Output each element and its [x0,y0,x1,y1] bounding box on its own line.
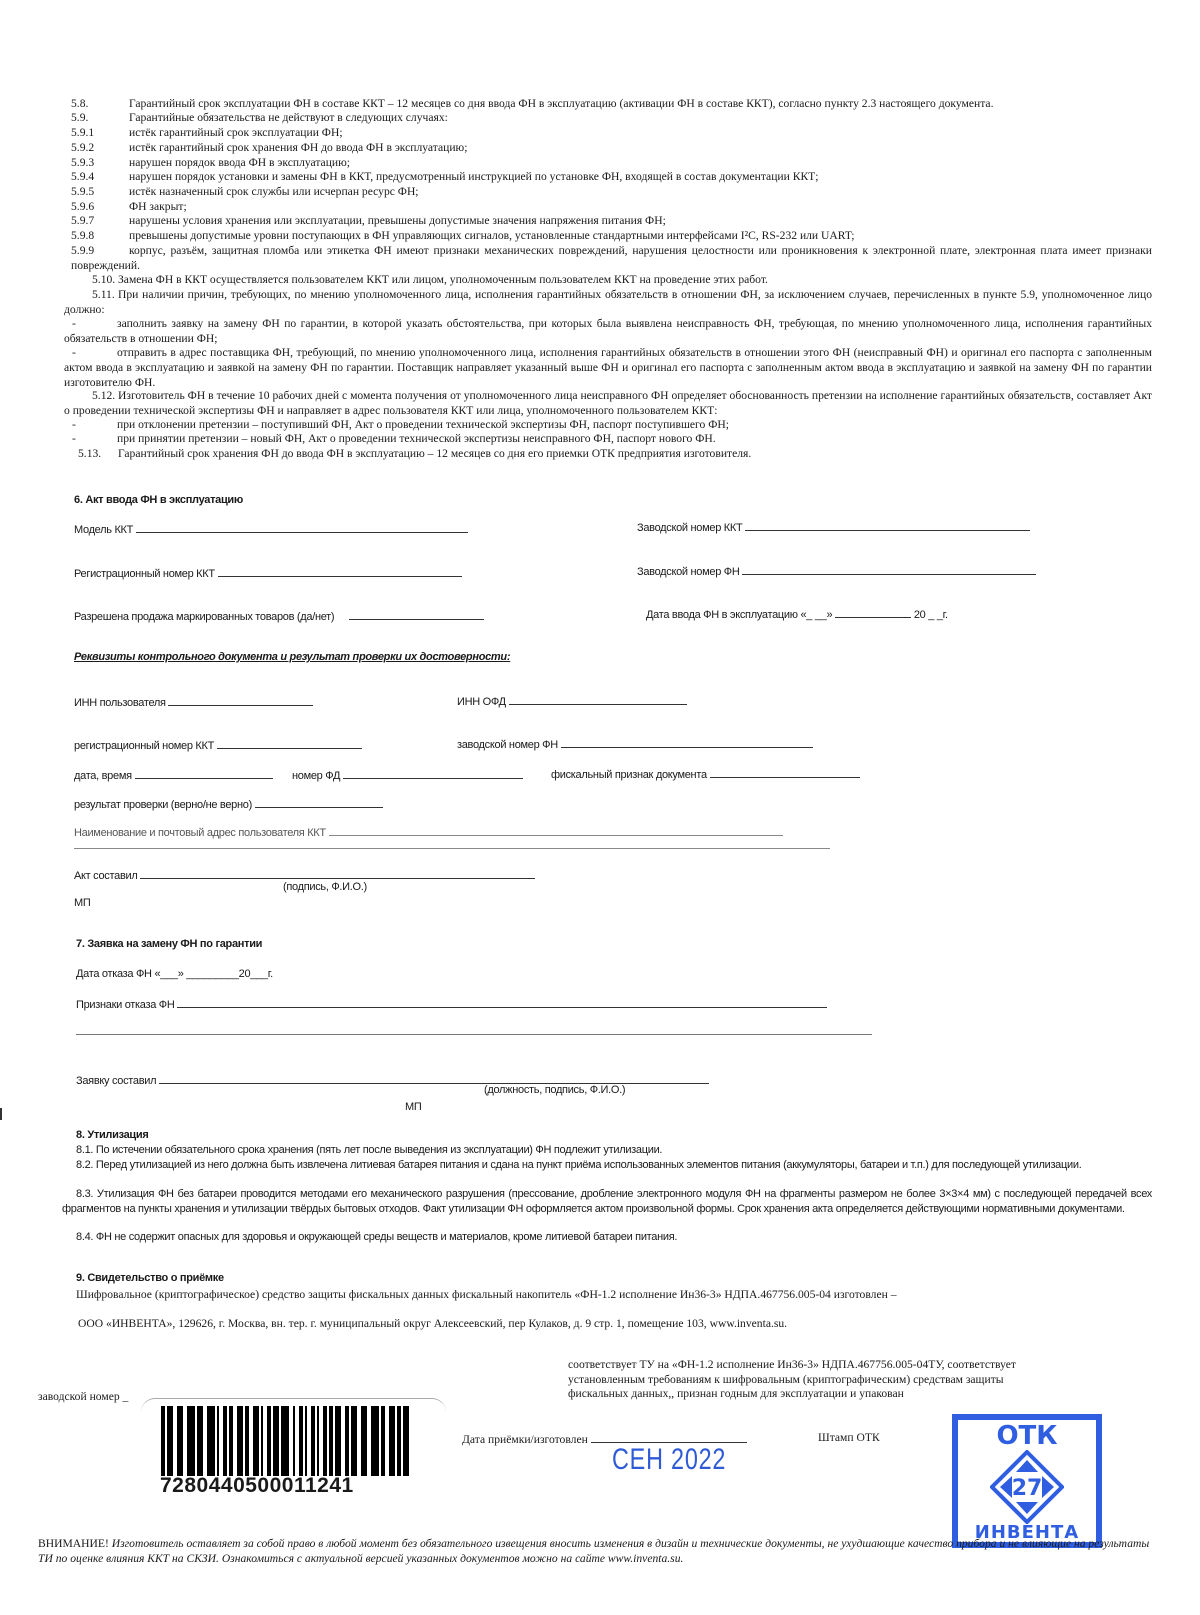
disposal-8-4: 8.4. ФН не содержит опасных для здоровья… [62,1230,1152,1245]
factory-fn-field[interactable]: Заводской номер ФН [637,563,1036,578]
name-address-input[interactable] [329,824,783,836]
clause-5-11-bullet-1: -заполнить заявку на замену ФН по гарант… [64,316,1152,346]
act-by-field[interactable]: Акт составил [74,867,535,882]
commission-date-month-input[interactable] [835,606,911,618]
factory-fn-check-input[interactable] [561,736,813,748]
serial-number-label: заводской номер _ [38,1389,128,1404]
check-result-input[interactable] [255,796,383,808]
marked-goods-input[interactable] [349,608,484,620]
section-9-title: 9. Свидетельство о приёмке [76,1272,224,1284]
clause-5-9-9: 5.9.9корпус, разъём, защитная пломба или… [71,243,1152,273]
clause-5-9-3: 5.9.3нарушен порядок ввода ФН в эксплуат… [71,155,350,170]
disposal-8-2: 8.2. Перед утилизацией из него должна бы… [62,1158,1152,1173]
factory-fn-check-field[interactable]: заводской номер ФН [457,736,813,751]
requisites-title: Реквизиты контрольного документа и резул… [74,651,510,663]
acceptance-manufacturer-line: ООО «ИНВЕНТА», 129626, г. Москва, вн. те… [78,1316,787,1331]
failure-date-field[interactable]: Дата отказа ФН «___» _________20___г. [76,968,273,980]
warning-text: Изготовитель оставляет за собой право в … [38,1537,1149,1565]
section-8-title: 8. Утилизация [76,1129,148,1141]
act-by-input[interactable] [140,867,535,879]
inn-user-input[interactable] [168,694,313,706]
failure-signs-field[interactable]: Признаки отказа ФН [76,996,827,1011]
model-kkt-input[interactable] [136,521,468,533]
warning-note: ВНИМАНИЕ! Изготовитель оставляет за собо… [38,1536,1158,1566]
clause-5-13: 5.13.Гарантийный срок хранения ФН до вво… [78,446,751,461]
request-signature-hint: (должность, подпись, Ф.И.О.) [484,1084,625,1096]
clause-5-9-2: 5.9.2истёк гарантийный срок хранения ФН … [71,140,467,155]
otk-stamp-top: ОТК [958,1422,1096,1450]
clause-5-9-6: 5.9.6ФН закрыт; [71,199,187,214]
clause-5-12: 5.12.Изготовитель ФН в течение 10 рабочи… [64,388,1152,418]
barcode-sticker [141,1398,446,1477]
marked-goods-field[interactable]: Разрешена продажа маркированных товаров … [74,608,484,623]
conformity-line-1: соответствует ТУ на «ФН-1.2 исполнение И… [568,1357,1016,1372]
clause-5-9: 5.9.Гарантийные обязательства не действу… [71,110,448,125]
disposal-8-3: 8.3. Утилизация ФН без батареи проводитс… [62,1187,1152,1217]
section-6-title: 6. Акт ввода ФН в эксплуатацию [74,494,243,506]
clause-5-11-bullet-2: -отправить в адрес поставщика ФН, требую… [64,345,1152,390]
request-by-input[interactable] [159,1072,709,1084]
clause-5-9-8: 5.9.8превышены допустимые уровни поступа… [71,228,854,243]
conformity-line-3: фискальных данных,, признан годным для э… [568,1386,904,1401]
otk-stamp: ОТК 27 ИНВЕНТА [952,1414,1102,1548]
clause-5-11: 5.11.При наличии причин, требующих, по м… [64,287,1152,317]
act-by-signature-hint: (подпись, Ф.И.О.) [283,881,367,893]
section-7-title: 7. Заявка на замену ФН по гарантии [76,938,262,950]
barcode-icon [161,1406,429,1476]
date-time-field[interactable]: дата, время [74,767,273,782]
page-edge-mark [0,1108,2,1120]
act-stamp-place: МП [74,897,90,909]
clause-5-9-7: 5.9.7нарушены условия хранения или экспл… [71,213,666,228]
name-address-line-2[interactable] [74,848,830,849]
inn-user-field[interactable]: ИНН пользователя [74,694,313,709]
clause-5-12-bullet-2: -при принятии претензии – новый ФН, Акт … [72,431,716,446]
inn-ofd-input[interactable] [509,693,687,705]
reg-kkt-field[interactable]: Регистрационный номер ККТ [74,565,462,580]
factory-fn-input[interactable] [742,563,1036,575]
reg-kkt-check-input[interactable] [217,737,362,749]
model-kkt-field[interactable]: Модель ККТ [74,521,468,536]
acceptance-date-field[interactable]: Дата приёмки/изготовлен [462,1431,747,1447]
factory-kkt-field[interactable]: Заводской номер ККТ [637,519,1030,534]
acceptance-product-line: Шифровальное (криптографическое) средств… [76,1287,897,1302]
conformity-line-2: установленным требованиям к шифровальным… [568,1372,1004,1387]
request-stamp-place: МП [405,1101,421,1113]
fd-number-field[interactable]: номер ФД [292,767,523,782]
serial-number-value: 7280440500011241 [160,1474,354,1498]
failure-signs-input[interactable] [177,996,827,1008]
acceptance-date-stamp: СЕН 2022 [612,1443,726,1477]
reg-kkt-check-field[interactable]: регистрационный номер ККТ [74,737,362,752]
factory-kkt-input[interactable] [745,519,1030,531]
warning-label: ВНИМАНИЕ! [38,1537,109,1550]
fiscal-sign-input[interactable] [710,766,860,778]
acceptance-date-input[interactable] [591,1431,747,1443]
disposal-8-1: 8.1. По истечении обязательного срока хр… [62,1143,1152,1158]
otk-diamond-icon: 27 [990,1450,1064,1524]
failure-signs-line-2[interactable] [76,1034,872,1035]
commission-date-field[interactable]: Дата ввода ФН в эксплуатацию «_ __» 20 _… [646,606,948,621]
reg-kkt-input[interactable] [218,565,462,577]
clause-5-12-bullet-1: -при отклонении претензии – поступивший … [72,417,729,432]
clause-5-10: 5.10.Замена ФН в ККТ осуществляется поль… [64,272,1152,287]
inn-ofd-field[interactable]: ИНН ОФД [457,693,687,708]
fd-number-input[interactable] [343,767,523,779]
clause-5-8: 5.8.Гарантийный срок эксплуатации ФН в с… [71,96,993,111]
clause-5-9-4: 5.9.4нарушен порядок установки и замены … [71,169,818,184]
clause-5-9-1: 5.9.1истёк гарантийный срок эксплуатации… [71,125,343,140]
svg-text:27: 27 [1012,1476,1043,1501]
name-address-field[interactable]: Наименование и почтовый адрес пользовате… [74,824,783,839]
check-result-field[interactable]: результат проверки (верно/не верно) [74,796,383,811]
fiscal-sign-field[interactable]: фискальный признак документа [551,766,860,781]
otk-stamp-label: Штамп ОТК [818,1430,880,1445]
date-time-input[interactable] [135,767,273,779]
clause-5-9-5: 5.9.5истёк назначенный срок службы или и… [71,184,419,199]
